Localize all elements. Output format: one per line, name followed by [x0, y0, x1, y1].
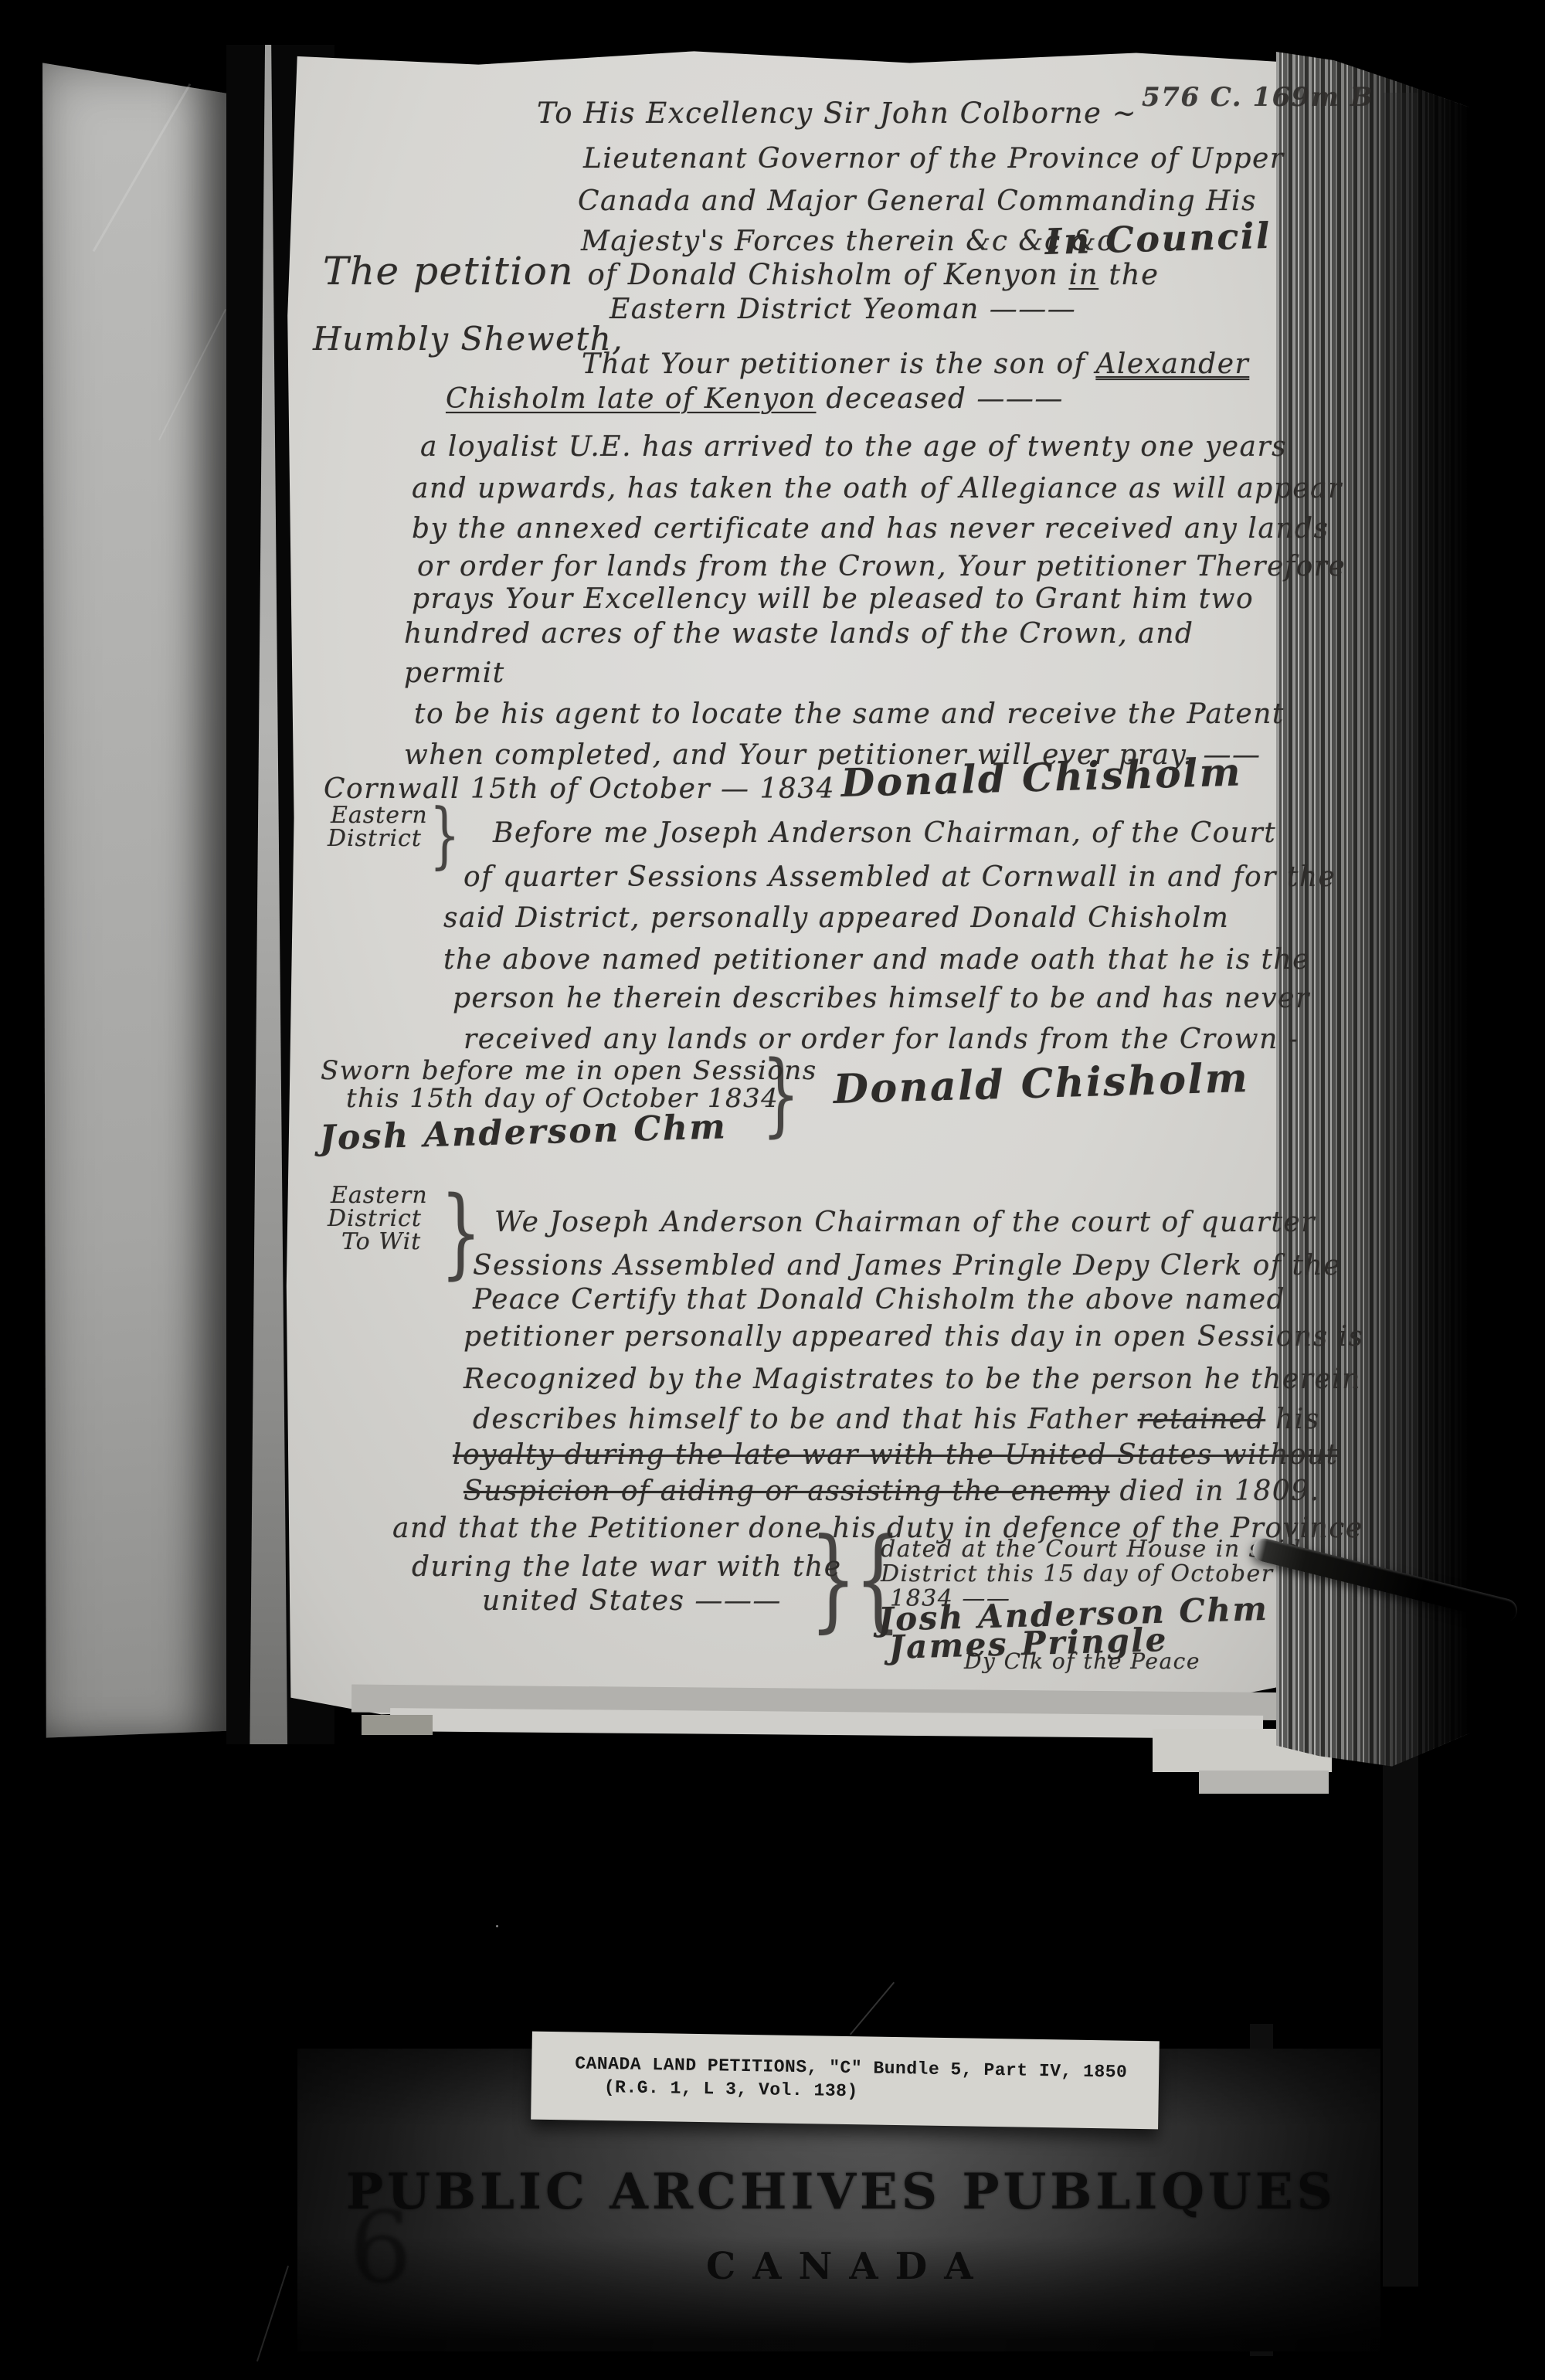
film-speck	[496, 1925, 498, 1927]
manuscript-line: hundred acres of the waste lands of the …	[404, 618, 1194, 650]
manuscript-line: of quarter Sessions Assembled at Cornwal…	[463, 861, 1336, 893]
manuscript-line: and upwards, has taken the oath of Alleg…	[412, 473, 1343, 504]
film-scratch	[256, 2266, 289, 2361]
manuscript-line: prays Your Excellency will be pleased to…	[412, 583, 1254, 615]
manuscript-line: }	[762, 1043, 801, 1147]
manuscript-line: Eastern District Yeoman ———	[610, 294, 1076, 325]
manuscript-line: united States ———	[482, 1585, 782, 1617]
manuscript-line: describes himself to be and that his Fat…	[473, 1404, 1320, 1435]
manuscript-line: That Your petitioner is the son of Alexa…	[582, 348, 1249, 380]
manuscript-line: Recognized by the Magistrates to be the …	[463, 1363, 1361, 1395]
manuscript-line: dated at the Court House in said	[881, 1536, 1302, 1563]
manuscript-line: We Joseph Anderson Chairman of the court…	[494, 1207, 1316, 1238]
manuscript-line: Canada and Major General Commanding His	[578, 185, 1257, 217]
manuscript-line: Before me Joseph Anderson Chairman, of t…	[493, 817, 1276, 849]
archive-reference-label: CANADA LAND PETITIONS, "C" Bundle 5, Par…	[531, 2032, 1160, 2130]
signature-line: Donald Chisholm	[833, 1054, 1250, 1113]
manuscript-text-layer: To His Excellency Sir John Colborne ~576…	[0, 0, 1545, 1777]
manuscript-line: Cornwall 15th of October — 1834	[324, 773, 835, 805]
manuscript-line: District this 15 day of October	[881, 1560, 1274, 1587]
film-scratch	[850, 1982, 895, 2035]
manuscript-line: Dy Clk of the Peace	[964, 1648, 1200, 1674]
manuscript-line: or order for lands from the Crown, Your …	[417, 551, 1346, 582]
manuscript-line: Suspicion of aiding or assisting the ene…	[463, 1475, 1320, 1507]
manuscript-line: Sworn before me in open Sessions	[321, 1055, 817, 1086]
signature-line: Josh Anderson Chm	[319, 1107, 728, 1158]
manuscript-line: District	[328, 825, 422, 852]
manuscript-line: 576 C. 169m B	[1142, 82, 1374, 113]
microfilm-frame: To His Excellency Sir John Colborne ~576…	[0, 0, 1545, 2380]
manuscript-line: by the annexed certificate and has never…	[412, 513, 1329, 545]
archives-stamp-subtitle: CANADA	[706, 2245, 990, 2288]
manuscript-line: during the late war with the	[412, 1551, 842, 1583]
manuscript-line: }	[430, 793, 461, 878]
manuscript-line: To Wit	[341, 1228, 421, 1255]
manuscript-line: The petition of Donald Chisholm of Kenyo…	[323, 249, 1160, 294]
manuscript-line: person he therein describes himself to b…	[453, 983, 1310, 1014]
manuscript-line: received any lands or order for lands fr…	[463, 1024, 1299, 1055]
manuscript-line: loyalty during the late war with the Uni…	[453, 1439, 1339, 1471]
manuscript-line: to be his agent to locate the same and r…	[414, 698, 1285, 730]
manuscript-line: Chisholm late of Kenyon deceased ———	[446, 383, 1064, 415]
manuscript-line: Lieutenant Governor of the Province of U…	[583, 143, 1285, 175]
manuscript-line: permit	[404, 657, 505, 689]
manuscript-line: }	[810, 1514, 858, 1644]
manuscript-line: petitioner personally appeared this day …	[463, 1321, 1363, 1353]
manuscript-line: the above named petitioner and made oath…	[443, 944, 1310, 976]
manuscript-line: Sessions Assembled and James Pringle Dep…	[473, 1250, 1341, 1282]
archives-stamp-title: PUBLIC ARCHIVES PUBLIQUES	[346, 2163, 1336, 2221]
manuscript-line: a loyalist U.E. has arrived to the age o…	[420, 431, 1287, 463]
manuscript-line: said District, personally appeared Donal…	[443, 902, 1229, 934]
manuscript-line: Humbly Sheweth,	[313, 320, 623, 358]
manuscript-line: Peace Certify that Donald Chisholm the a…	[473, 1284, 1285, 1316]
manuscript-line: To His Excellency Sir John Colborne ~	[537, 97, 1137, 130]
